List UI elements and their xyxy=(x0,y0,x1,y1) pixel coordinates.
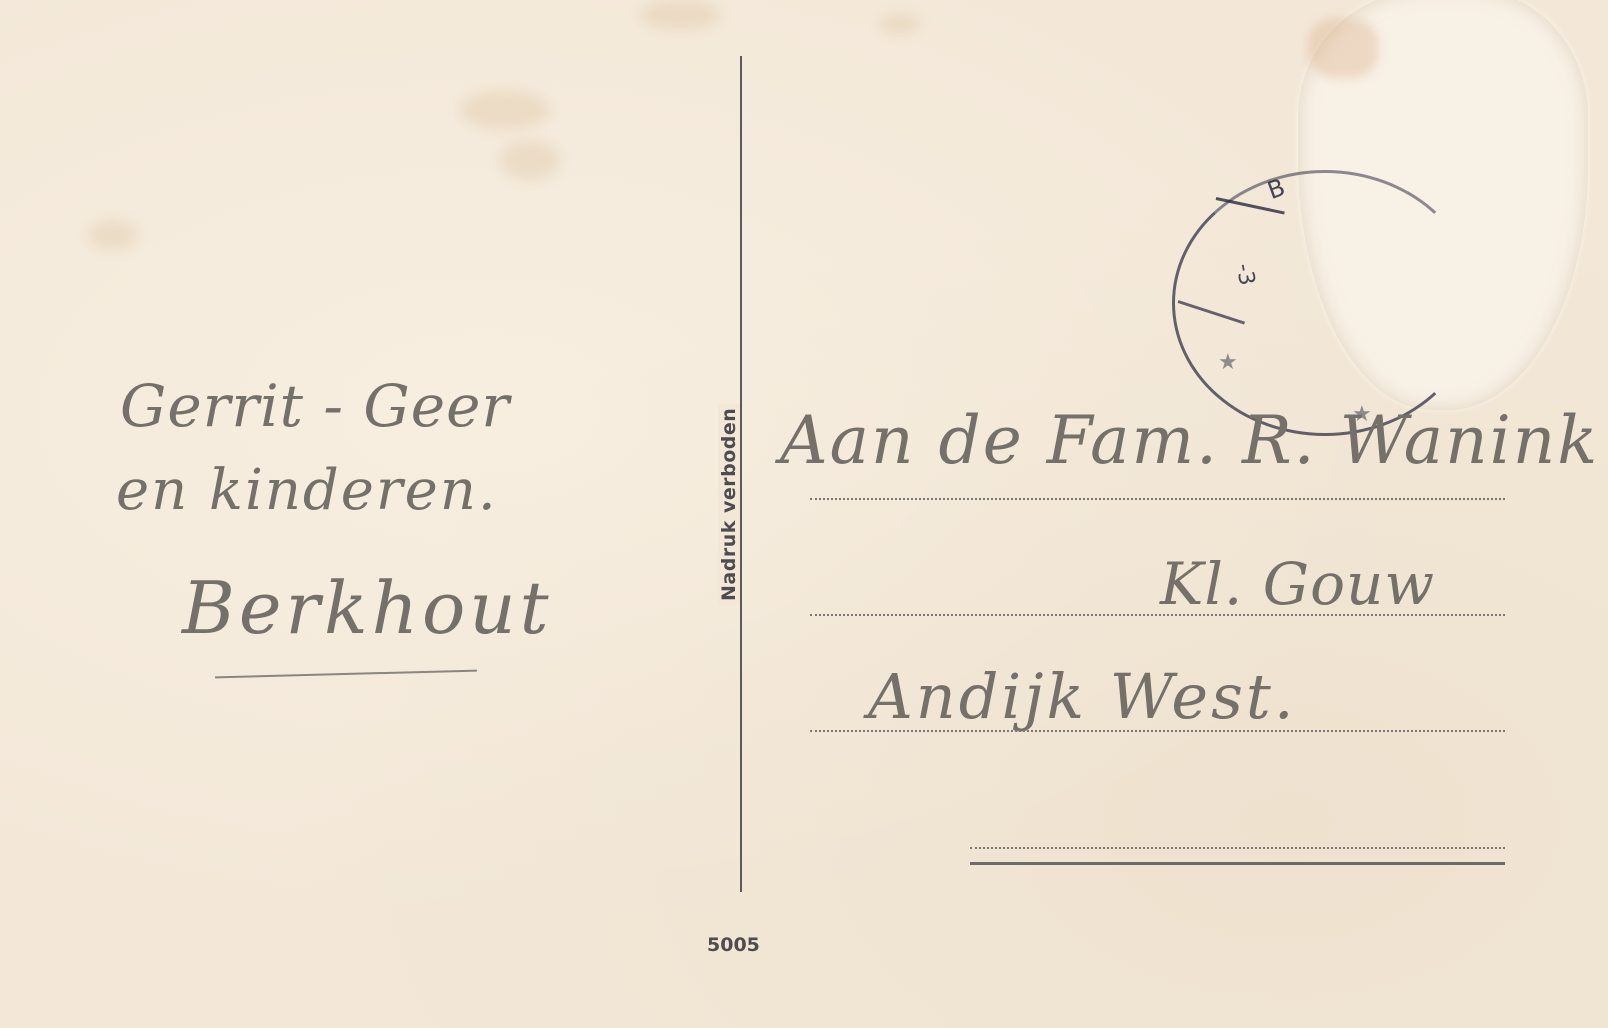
postcard-back: B -3 ★ ★ Nadruk verboden 5005 Gerrit - G… xyxy=(0,0,1608,1028)
address-line-3: Andijk West. xyxy=(868,660,1297,733)
paper-stain xyxy=(88,220,138,250)
sender-line-2: en kinderen. xyxy=(116,458,498,523)
signature-underline xyxy=(215,670,477,679)
paper-stain xyxy=(1308,18,1378,78)
postmark-date: -3 xyxy=(1231,262,1259,288)
sender-line-1: Gerrit - Geer xyxy=(120,372,510,440)
address-line-1: Aan de Fam. R. Wanink xyxy=(780,402,1599,479)
center-divider xyxy=(740,56,742,892)
address-dotted-line xyxy=(810,614,1505,616)
star-icon: ★ xyxy=(1218,350,1238,375)
address-line-2: Kl. Gouw xyxy=(1160,550,1435,618)
sender-line-3: Berkhout xyxy=(182,566,553,650)
paper-stain xyxy=(880,14,920,34)
paper-stain xyxy=(500,140,560,180)
address-dotted-line xyxy=(810,498,1505,500)
reproduction-notice: Nadruk verboden xyxy=(718,404,740,605)
address-dotted-line xyxy=(970,847,1505,849)
address-solid-line xyxy=(970,862,1505,865)
paper-stain xyxy=(640,0,720,30)
postmark-circle xyxy=(1172,170,1478,436)
address-dotted-line xyxy=(810,730,1505,732)
paper-stain xyxy=(460,90,550,130)
serial-number: 5005 xyxy=(707,934,760,956)
